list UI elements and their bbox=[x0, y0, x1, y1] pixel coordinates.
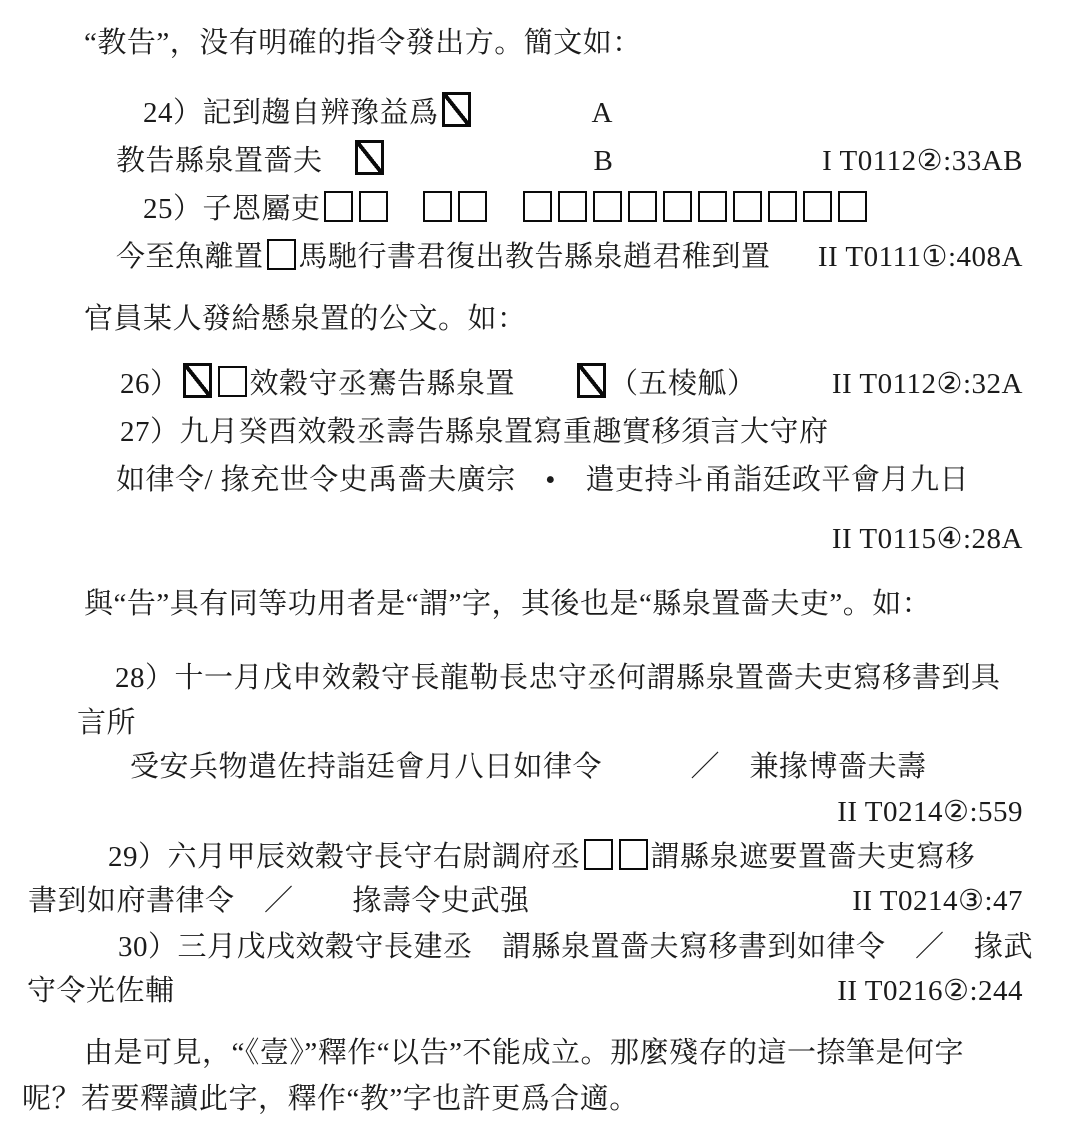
missing-char-box-icon bbox=[803, 191, 832, 222]
missing-char-box-icon bbox=[324, 191, 353, 222]
slip-reference-label: I T0112②:33AB bbox=[822, 140, 1023, 182]
slashed-box-icon bbox=[355, 140, 384, 175]
doc-line-text: 官員某人發給懸泉置的公文。如： bbox=[84, 298, 527, 340]
doc-line: 書到如府書律令 ／ 掾壽令史武强II T0214③:47 bbox=[28, 880, 1023, 922]
doc-line: 28）十一月戊申效穀守長龍勒長忠守丞何謂縣泉置嗇夫吏寫移書到具 bbox=[115, 657, 1023, 699]
doc-line-text: 27）九月癸酉效穀丞壽告縣泉置寫重趣實移須言大守府 bbox=[120, 411, 829, 453]
doc-line: 與“告”具有同等功用者是“謂”字，其後也是“縣泉置嗇夫吏”。如： bbox=[84, 583, 1023, 625]
doc-line-text: 呢？若要釋讀此字，釋作“教”字也許更爲合適。 bbox=[22, 1078, 639, 1120]
doc-line-text: 守令光佐輔 bbox=[27, 970, 175, 1012]
missing-char-box-icon bbox=[218, 366, 247, 397]
doc-line-text: 書到如府書律令 ／ 掾壽令史武强 bbox=[28, 880, 530, 922]
missing-char-box-icon bbox=[663, 191, 692, 222]
doc-line-text: 24）記到趨自辨豫益爲 A bbox=[143, 92, 613, 134]
text-run: 教告縣泉置嗇夫 bbox=[116, 145, 352, 177]
doc-line-text: 言所 bbox=[77, 702, 136, 744]
slip-reference-label: II T0214③:47 bbox=[852, 880, 1023, 922]
missing-char-box-icon bbox=[523, 191, 552, 222]
doc-line: 官員某人發給懸泉置的公文。如： bbox=[84, 298, 1023, 340]
slip-reference-label: II T0214②:559 bbox=[837, 791, 1023, 833]
text-run: （五棱觚） bbox=[609, 368, 757, 400]
text-run: 24）記到趨自辨豫益爲 bbox=[143, 97, 439, 129]
text-run: 26） bbox=[120, 368, 180, 400]
missing-char-box-icon bbox=[768, 191, 797, 222]
doc-line: 呢？若要釋讀此字，釋作“教”字也許更爲合適。 bbox=[22, 1078, 1023, 1120]
document-page: “教告”，没有明確的指令發出方。簡文如：24）記到趨自辨豫益爲 A教告縣泉置嗇夫… bbox=[0, 0, 1080, 1131]
slashed-box-icon bbox=[577, 363, 606, 398]
missing-char-box-icon bbox=[733, 191, 762, 222]
doc-line: 今至魚離置馬馳行書君復出教告縣泉趙君稚到置II T0111①:408A bbox=[116, 236, 1023, 278]
doc-line-text: 30）三月戊戌效穀守長建丞 謂縣泉置嗇夫寫移書到如律令 ／ 掾武 bbox=[118, 926, 1033, 968]
text-run: 與“告”具有同等功用者是“謂”字，其後也是“縣泉置嗇夫吏”。如： bbox=[84, 588, 931, 620]
doc-line-text: 受安兵物遣佐持詣廷會月八日如律令 ／ 兼掾博嗇夫壽 bbox=[130, 746, 927, 788]
slip-reference-label: II T0111①:408A bbox=[818, 236, 1023, 278]
missing-char-box-icon bbox=[359, 191, 388, 222]
text-run: 效穀守丞騫告縣泉置 bbox=[250, 368, 575, 400]
doc-line-text: “教告”，没有明確的指令發出方。簡文如： bbox=[84, 22, 642, 64]
text-run: B bbox=[387, 145, 613, 177]
text-run: 由是可見，“《壹》”釋作“以告”不能成立。那麼殘存的這一捺筆是何字 bbox=[84, 1037, 964, 1069]
missing-char-box-icon bbox=[619, 839, 648, 870]
doc-line: 教告縣泉置嗇夫 BI T0112②:33AB bbox=[116, 140, 1023, 182]
doc-line: 24）記到趨自辨豫益爲 A bbox=[143, 92, 1023, 134]
text-run: 28）十一月戊申效穀守長龍勒長忠守丞何謂縣泉置嗇夫吏寫移書到具 bbox=[115, 662, 1001, 694]
doc-line-text: 與“告”具有同等功用者是“謂”字，其後也是“縣泉置嗇夫吏”。如： bbox=[84, 583, 931, 625]
text-run: 呢？若要釋讀此字，釋作“教”字也許更爲合適。 bbox=[22, 1083, 639, 1115]
slashed-box-icon bbox=[442, 92, 471, 127]
text-run: 受安兵物遣佐持詣廷會月八日如律令 ／ 兼掾博嗇夫壽 bbox=[130, 751, 927, 783]
doc-line-text: 由是可見，“《壹》”釋作“以告”不能成立。那麼殘存的這一捺筆是何字 bbox=[84, 1032, 964, 1074]
slashed-box-icon bbox=[183, 363, 212, 398]
doc-line-text: 今至魚離置馬馳行書君復出教告縣泉趙君稚到置 bbox=[116, 236, 771, 278]
text-run: 27）九月癸酉效穀丞壽告縣泉置寫重趣實移須言大守府 bbox=[120, 416, 829, 448]
missing-char-box-icon bbox=[423, 191, 452, 222]
doc-line-text: 如律令/ 掾充世令史禹嗇夫廣宗 • 遣吏持斗甬詣廷政平會月九日 bbox=[116, 459, 969, 501]
missing-char-box-icon bbox=[458, 191, 487, 222]
text-run: A bbox=[474, 97, 613, 129]
text-run: “教告”，没有明確的指令發出方。簡文如： bbox=[84, 27, 642, 59]
text-run bbox=[391, 193, 421, 225]
slip-reference-label: II T0216②:244 bbox=[837, 970, 1023, 1012]
doc-line: 言所 bbox=[77, 702, 1023, 744]
doc-line: 30）三月戊戌效穀守長建丞 謂縣泉置嗇夫寫移書到如律令 ／ 掾武 bbox=[118, 926, 1023, 968]
text-run: 今至魚離置 bbox=[116, 241, 264, 273]
doc-line-text: 教告縣泉置嗇夫 B bbox=[116, 140, 613, 182]
text-run: 言所 bbox=[77, 707, 136, 739]
missing-char-box-icon bbox=[698, 191, 727, 222]
doc-line: “教告”，没有明確的指令發出方。簡文如： bbox=[84, 22, 1023, 64]
text-run: 如律令/ 掾充世令史禹嗇夫廣宗 • 遣吏持斗甬詣廷政平會月九日 bbox=[116, 464, 969, 496]
doc-line-text: 28）十一月戊申效穀守長龍勒長忠守丞何謂縣泉置嗇夫吏寫移書到具 bbox=[115, 657, 1001, 699]
doc-line-text: 26）效穀守丞騫告縣泉置 （五棱觚） bbox=[120, 363, 757, 405]
text-run: 馬馳行書君復出教告縣泉趙君稚到置 bbox=[299, 241, 771, 273]
missing-char-box-icon bbox=[584, 839, 613, 870]
slip-reference-label: II T0115④:28A bbox=[832, 518, 1023, 560]
text-run: 官員某人發給懸泉置的公文。如： bbox=[84, 303, 527, 335]
doc-line: 25）子恩屬吏 bbox=[143, 188, 1023, 230]
doc-line: 受安兵物遣佐持詣廷會月八日如律令 ／ 兼掾博嗇夫壽 bbox=[130, 746, 1023, 788]
doc-line: 由是可見，“《壹》”釋作“以告”不能成立。那麼殘存的這一捺筆是何字 bbox=[84, 1032, 1023, 1074]
text-run: 謂縣泉遮要置嗇夫吏寫移 bbox=[651, 841, 976, 873]
text-run: 守令光佐輔 bbox=[27, 975, 175, 1007]
doc-line: 29）六月甲辰效穀守長守右尉調府丞謂縣泉遮要置嗇夫吏寫移 bbox=[108, 836, 1023, 878]
doc-line: 守令光佐輔II T0216②:244 bbox=[27, 970, 1023, 1012]
doc-line: II T0115④:28A bbox=[116, 518, 1023, 560]
text-run bbox=[490, 193, 520, 225]
doc-line: 26）效穀守丞騫告縣泉置 （五棱觚）II T0112②:32A bbox=[120, 363, 1023, 405]
text-run: 書到如府書律令 ／ 掾壽令史武强 bbox=[28, 885, 530, 917]
missing-char-box-icon bbox=[838, 191, 867, 222]
doc-line: II T0214②:559 bbox=[130, 791, 1023, 833]
text-run: 25）子恩屬吏 bbox=[143, 193, 321, 225]
doc-line: 27）九月癸酉效穀丞壽告縣泉置寫重趣實移須言大守府 bbox=[120, 411, 1023, 453]
doc-line: 如律令/ 掾充世令史禹嗇夫廣宗 • 遣吏持斗甬詣廷政平會月九日 bbox=[116, 459, 1023, 501]
doc-line-text: 29）六月甲辰效穀守長守右尉調府丞謂縣泉遮要置嗇夫吏寫移 bbox=[108, 836, 975, 878]
doc-line-text: 25）子恩屬吏 bbox=[143, 188, 870, 230]
missing-char-box-icon bbox=[628, 191, 657, 222]
missing-char-box-icon bbox=[558, 191, 587, 222]
text-run: 30）三月戊戌效穀守長建丞 謂縣泉置嗇夫寫移書到如律令 ／ 掾武 bbox=[118, 931, 1033, 963]
slip-reference-label: II T0112②:32A bbox=[832, 363, 1023, 405]
missing-char-box-icon bbox=[267, 239, 296, 270]
text-run: 29）六月甲辰效穀守長守右尉調府丞 bbox=[108, 841, 581, 873]
missing-char-box-icon bbox=[593, 191, 622, 222]
